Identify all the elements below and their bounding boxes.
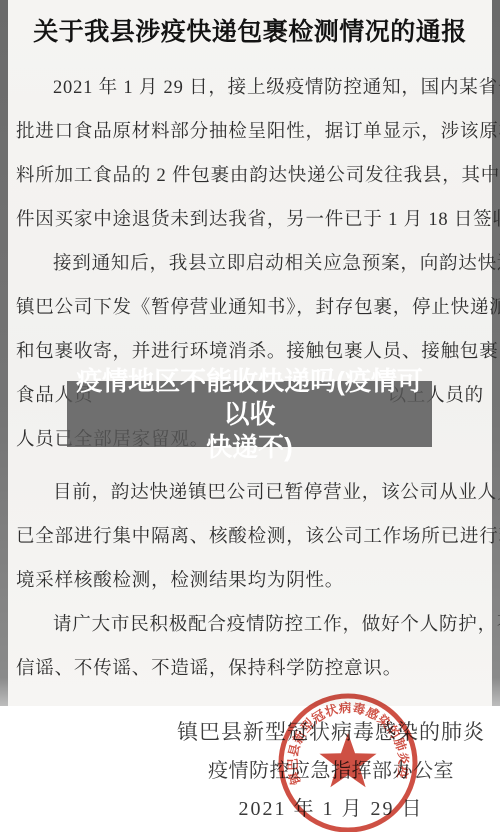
- notice-screenshot: 关于我县涉疫快递包裹检测情况的通报 2021 年 1 月 29 日，接上级疫情防…: [0, 0, 500, 832]
- notice-title: 关于我县涉疫快递包裹检测情况的通报: [8, 12, 492, 48]
- watermark-caption-line1: 疫情地区不能收快递吗(疫情可以收: [67, 365, 432, 431]
- watermark-caption-line2: 快递不): [67, 431, 432, 464]
- body-line: 批进口食品原材料部分抽检呈阳性，据订单显示，涉该原材: [16, 110, 484, 154]
- body-line: 已全部进行集中隔离、核酸检测，该公司工作场所已进行环: [16, 515, 484, 559]
- body-line: 接到通知后，我县立即启动相关应急预案，向韵达快递: [16, 242, 484, 286]
- official-red-seal: 镇巴县新型冠状病毒感染的肺炎疫情防控应急指挥部: [273, 688, 423, 832]
- body-line: 请广大市民积极配合疫情防控工作，做好个人防护，不: [16, 603, 484, 647]
- body-line: 件因买家中途退货未到达我省，另一件已于 1 月 18 日签收。: [16, 198, 484, 242]
- photo-left-edge: [0, 0, 8, 706]
- body-line: 镇巴公司下发《暂停营业通知书》，封存包裹，停止快递派送: [16, 286, 484, 330]
- photographed-paper: 关于我县涉疫快递包裹检测情况的通报 2021 年 1 月 29 日，接上级疫情防…: [0, 0, 500, 706]
- body-line: 境采样核酸检测，检测结果均为阴性。: [16, 559, 484, 603]
- watermark-caption: 疫情地区不能收快递吗(疫情可以收 快递不): [67, 381, 432, 447]
- seal-star-icon: [319, 733, 376, 787]
- body-line: 2021 年 1 月 29 日，接上级疫情防控通知，国内某省一: [16, 66, 484, 110]
- body-line: 料所加工食品的 2 件包裹由韵达快递公司发往我县，其中一: [16, 154, 484, 198]
- body-line: 目前，韵达快递镇巴公司已暂停营业，该公司从业人员: [16, 471, 484, 515]
- body-line: 信谣、不传谣、不造谣，保持科学防控意识。: [16, 647, 484, 691]
